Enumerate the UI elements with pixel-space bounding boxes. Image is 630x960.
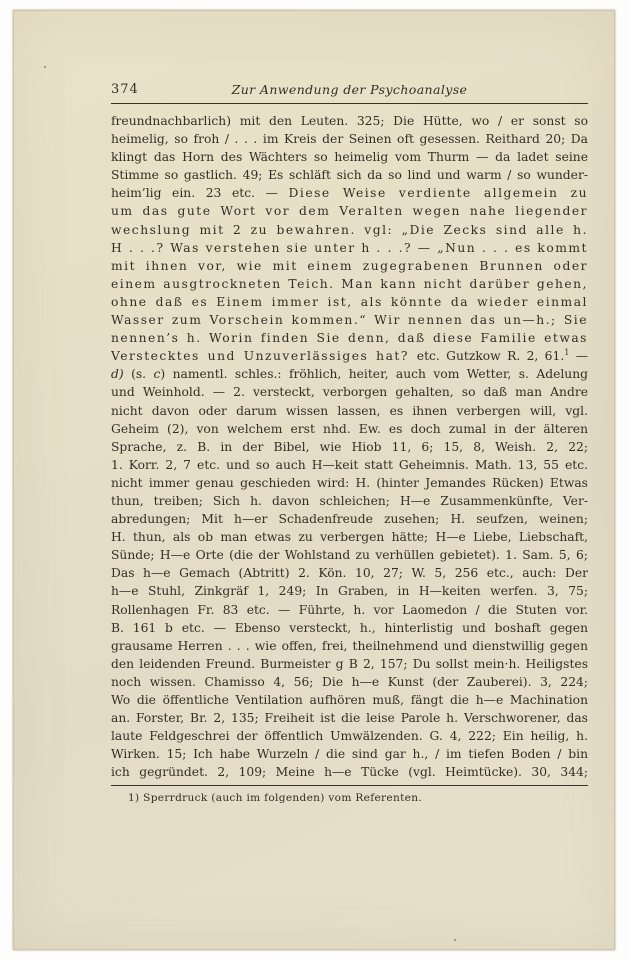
running-title: Zur Anwendung der Psychoanalyse [111,82,588,97]
text-segment: nicht davon oder darum wissen lassen, es… [111,404,588,418]
text-segment: klingt das Horn des Wächters so heimelig… [111,150,588,164]
footnote-rule [111,785,588,786]
text-line: grausame Herren . . . wie offen, frei, t… [111,637,588,655]
text-segment: ) namentl. schles.: fröhlich, heiter, au… [160,367,588,381]
text-segment: heim’lig ein. 23 etc. — [111,186,289,200]
footnote: 1) Sperrdruck (auch im folgenden) vom Re… [111,792,588,804]
text-line: heim’lig ein. 23 etc. — Diese Weise verd… [111,184,588,202]
page-header: 374 Zur Anwendung der Psychoanalyse [111,82,588,99]
text-segment: etc. Gutzkow R. 2, 61. [417,349,564,363]
text-segment: laute Feldgeschrei der öffentlich Umwälz… [111,729,588,743]
text-segment: Rollenhagen Fr. 83 etc. — Führte, h. vor… [111,603,588,617]
scanned-book-page: 374 Zur Anwendung der Psychoanalyse freu… [13,10,615,950]
text-segment: mit ihnen vor, wie mit einem zugegrabene… [111,259,588,273]
text-line: laute Feldgeschrei der öffentlich Umwälz… [111,727,588,745]
text-line: nicht davon oder darum wissen lassen, es… [111,402,588,420]
text-line: H . . .? Was verstehen sie unter h . . .… [111,239,588,257]
text-line: thun, treiben; Sich h. davon schleichen;… [111,492,588,510]
text-line: und Weinhold. — 2. versteckt, verborgen … [111,383,588,401]
text-segment: h—e Stuhl, Zinkgräf 1, 249; In Graben, i… [111,584,588,598]
text-line: noch wissen. Chamisso 4, 56; Die h—e Kun… [111,673,588,691]
text-line: ohne daß es Einem immer ist, als könnte … [111,293,588,311]
text-line: wechslung mit 2 zu bewahren. vgl: „Die Z… [111,221,588,239]
header-rule [111,103,588,104]
text-segment: heimelig, so froh / . . . im Kreis der S… [111,132,588,146]
text-line: Stimme so gastlich. 49; Es schläft sich … [111,166,588,184]
text-line: nicht immer genau geschieden wird: H. (h… [111,474,588,492]
text-line: Verstecktes und Unzuverlässiges hat? etc… [111,347,588,365]
text-segment: Das h—e Gemach (Abtritt) 2. Kön. 10, 27;… [111,566,588,580]
text-line: Wo die öffentliche Ventilation aufhören … [111,691,588,709]
text-line: Das h—e Gemach (Abtritt) 2. Kön. 10, 27;… [111,564,588,582]
text-line: an. Forster, Br. 2, 135; Freiheit ist di… [111,709,588,727]
text-segment: freundnachbarlich) mit den Leuten. 325; … [111,114,588,128]
text-line: B. 161 b etc. — Ebenso versteckt, h., hi… [111,619,588,637]
text-segment: Geheim (2), von welchem erst nhd. Ew. es… [111,422,588,436]
text-line: Sünde; H—e Orte (die der Wohlstand zu ve… [111,546,588,564]
text-line: Rollenhagen Fr. 83 etc. — Führte, h. vor… [111,601,588,619]
text-line: um das gute Wort vor dem Veralten wegen … [111,202,588,220]
text-line: Sprache, z. B. in der Bibel, wie Hiob 11… [111,438,588,456]
text-segment: thun, treiben; Sich h. davon schleichen;… [111,494,588,508]
text-segment: ich gegründet. 2, 109; Meine h—e Tücke (… [111,765,588,779]
text-segment: 1. Korr. 2, 7 etc. und so auch H—keit st… [111,458,588,472]
text-line: den leidenden Freund. Burmeister g B 2, … [111,655,588,673]
text-segment: abredungen; Mit h—er Schadenfreude zuseh… [111,512,588,526]
text-line: Wirken. 15; Ich habe Wurzeln / die sind … [111,745,588,763]
text-line: Wasser zum Vorschein kommen.“ Wir nennen… [111,311,588,329]
paper-speck [44,66,46,68]
page-content: 374 Zur Anwendung der Psychoanalyse freu… [111,11,588,804]
text-line: 1. Korr. 2, 7 etc. und so auch H—keit st… [111,456,588,474]
text-line: mit ihnen vor, wie mit einem zugegrabene… [111,257,588,275]
text-line: d) (s. c) namentl. schles.: fröhlich, he… [111,365,588,383]
text-segment: einem ausgtrockneten Teich. Man kann nic… [111,277,588,291]
text-segment: nicht immer genau geschieden wird: H. (h… [111,476,588,490]
text-segment: um das gute Wort vor dem Veralten wegen … [111,204,588,220]
text-segment: (s. [124,367,154,381]
text-segment: Wo die öffentliche Ventilation aufhören … [111,693,588,707]
text-line: abredungen; Mit h—er Schadenfreude zuseh… [111,510,588,528]
text-segment: H . . .? Was verstehen sie unter h . . .… [111,241,588,257]
text-segment: wechslung mit 2 zu bewahren. vgl: „Die Z… [111,223,588,239]
text-segment: den leidenden Freund. Burmeister g B 2, … [111,657,588,671]
text-line: einem ausgtrockneten Teich. Man kann nic… [111,275,588,293]
text-segment: grausame Herren . . . wie offen, frei, t… [111,639,588,653]
text-line: h—e Stuhl, Zinkgräf 1, 249; In Graben, i… [111,582,588,600]
text-segment: Sünde; H—e Orte (die der Wohlstand zu ve… [111,548,588,562]
text-segment: Verstecktes und Unzuverlässiges hat? [111,349,417,363]
text-segment: nennen’s h. Worin finden Sie denn, daß d… [111,331,588,345]
text-segment: Wasser zum Vorschein kommen.“ Wir nennen… [111,313,588,327]
text-line: H. thun, als ob man etwas zu verbergen h… [111,528,588,546]
text-segment: und Weinhold. — 2. versteckt, verborgen … [111,385,588,399]
text-segment: Sprache, z. B. in der Bibel, wie Hiob 11… [111,440,588,454]
text-line: ich gegründet. 2, 109; Meine h—e Tücke (… [111,763,588,781]
text-segment: ohne daß es Einem immer ist, als könnte … [111,295,588,309]
text-line: klingt das Horn des Wächters so heimelig… [111,148,588,166]
text-line: freundnachbarlich) mit den Leuten. 325; … [111,112,588,130]
text-segment: H. thun, als ob man etwas zu verbergen h… [111,530,588,544]
text-segment: — [569,349,588,363]
text-segment: d) [111,367,124,381]
text-segment: Stimme so gastlich. 49; Es schläft sich … [111,168,588,182]
text-line: Geheim (2), von welchem erst nhd. Ew. es… [111,420,588,438]
text-segment: an. Forster, Br. 2, 135; Freiheit ist di… [111,711,588,725]
text-line: nennen’s h. Worin finden Sie denn, daß d… [111,329,588,347]
paper-speck [454,939,456,941]
text-segment: noch wissen. Chamisso 4, 56; Die h—e Kun… [111,675,588,689]
body-text: freundnachbarlich) mit den Leuten. 325; … [111,112,588,781]
text-segment: Wirken. 15; Ich habe Wurzeln / die sind … [111,747,588,761]
text-segment: B. 161 b etc. — Ebenso versteckt, h., hi… [111,621,588,635]
text-line: heimelig, so froh / . . . im Kreis der S… [111,130,588,148]
